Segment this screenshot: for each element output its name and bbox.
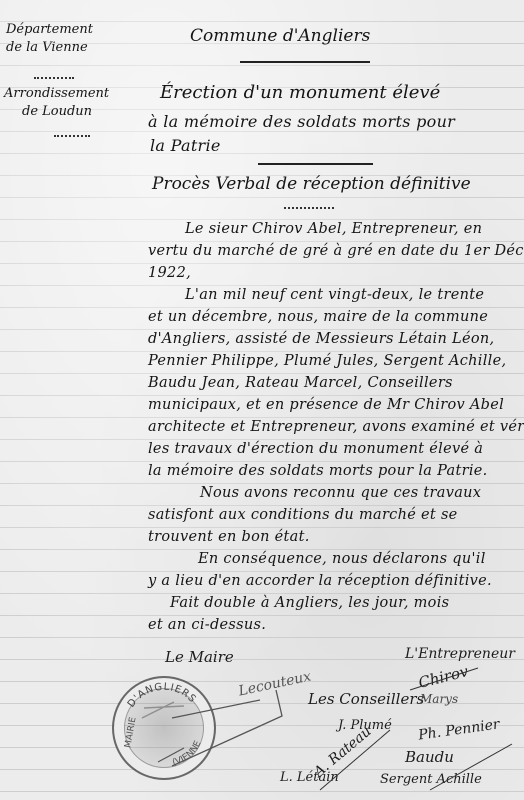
signature-flourishes [0,0,524,800]
